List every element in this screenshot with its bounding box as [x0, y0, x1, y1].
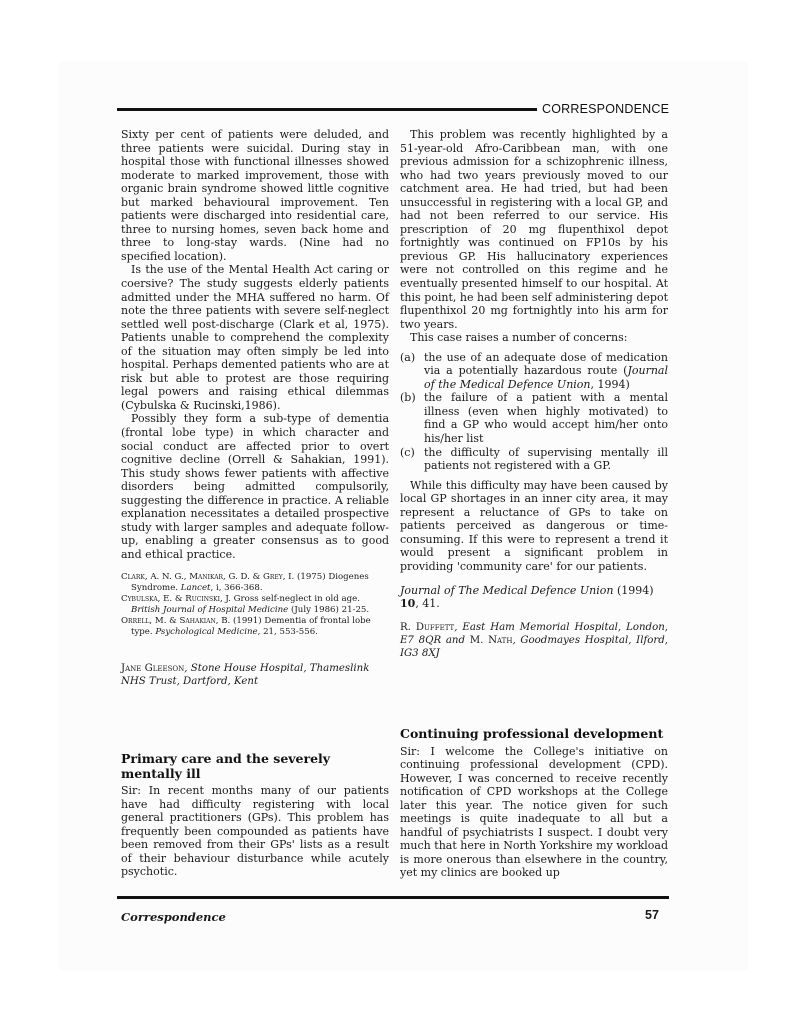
reference-journal: Psychological Medicine	[155, 627, 257, 637]
reference-item: Clark, A. N. G., Manikar, G. D. & Grey, …	[121, 572, 389, 594]
reference-item: Cybulska, E. & Rucinski, J. Gross self-n…	[121, 594, 389, 616]
reference-authors: Cybulska, E. & Rucinski, J.	[121, 594, 231, 604]
running-head: CORRESPONDENCE	[542, 102, 669, 116]
cpd-letter: Continuing professional development Sir:…	[400, 727, 668, 880]
left-column: Sixty per cent of patients were deluded,…	[121, 128, 389, 688]
concerns-list: (a) the use of an adequate dose of medic…	[400, 351, 668, 473]
reference-authors: Orrell, M. & Sahakian, B.	[121, 616, 230, 626]
letter-heading: Primary care and the severely mentally i…	[121, 752, 389, 781]
reference-journal: British Journal of Hospital Medicine	[131, 605, 288, 615]
author-name: M. Nath	[470, 635, 513, 646]
paragraph: Sir: I welcome the College's initiative …	[400, 745, 668, 880]
reference-authors: Clark, A. N. G., Manikar, G. D. & Grey, …	[121, 572, 294, 582]
reference-list: Clark, A. N. G., Manikar, G. D. & Grey, …	[121, 572, 389, 638]
primary-care-letter: Primary care and the severely mentally i…	[121, 752, 389, 879]
right-column: This problem was recently highlighted by…	[400, 128, 668, 660]
concern-label: (b)	[400, 391, 424, 445]
author-name: R. Duffett	[400, 622, 454, 633]
paragraph: This case raises a number of concerns:	[400, 331, 668, 345]
concern-item: (a) the use of an adequate dose of medic…	[400, 351, 668, 392]
concern-label: (c)	[400, 446, 424, 473]
journal-citation: Journal of The Medical Defence Union (19…	[400, 584, 668, 611]
concern-item: (c) the difficulty of supervising mental…	[400, 446, 668, 473]
paragraph: Is the use of the Mental Health Act cari…	[121, 263, 389, 412]
letter-heading: Continuing professional development	[400, 727, 668, 742]
reference-journal: Lancet	[181, 583, 211, 593]
concern-label: (a)	[400, 351, 424, 392]
author-name: Jane Gleeson	[121, 663, 184, 674]
paragraph: Sir: In recent months many of our patien…	[121, 784, 389, 879]
footer-section-title: Correspondence	[121, 910, 226, 924]
footer-rule	[117, 896, 669, 899]
paragraph: This problem was recently highlighted by…	[400, 128, 668, 331]
paragraph: Sixty per cent of patients were deluded,…	[121, 128, 389, 263]
reference-item: Orrell, M. & Sahakian, B. (1991) Dementi…	[121, 616, 389, 638]
page-number: 57	[645, 908, 659, 922]
paragraph: While this difficulty may have been caus…	[400, 479, 668, 574]
paragraph: Possibly they form a sub-type of dementi…	[121, 412, 389, 561]
concern-item: (b) the failure of a patient with a ment…	[400, 391, 668, 445]
author-signature: Jane Gleeson, Stone House Hospital, Tham…	[121, 662, 389, 688]
author-signature: R. Duffett, East Ham Memorial Hospital, …	[400, 621, 668, 660]
header-rule	[117, 108, 537, 111]
